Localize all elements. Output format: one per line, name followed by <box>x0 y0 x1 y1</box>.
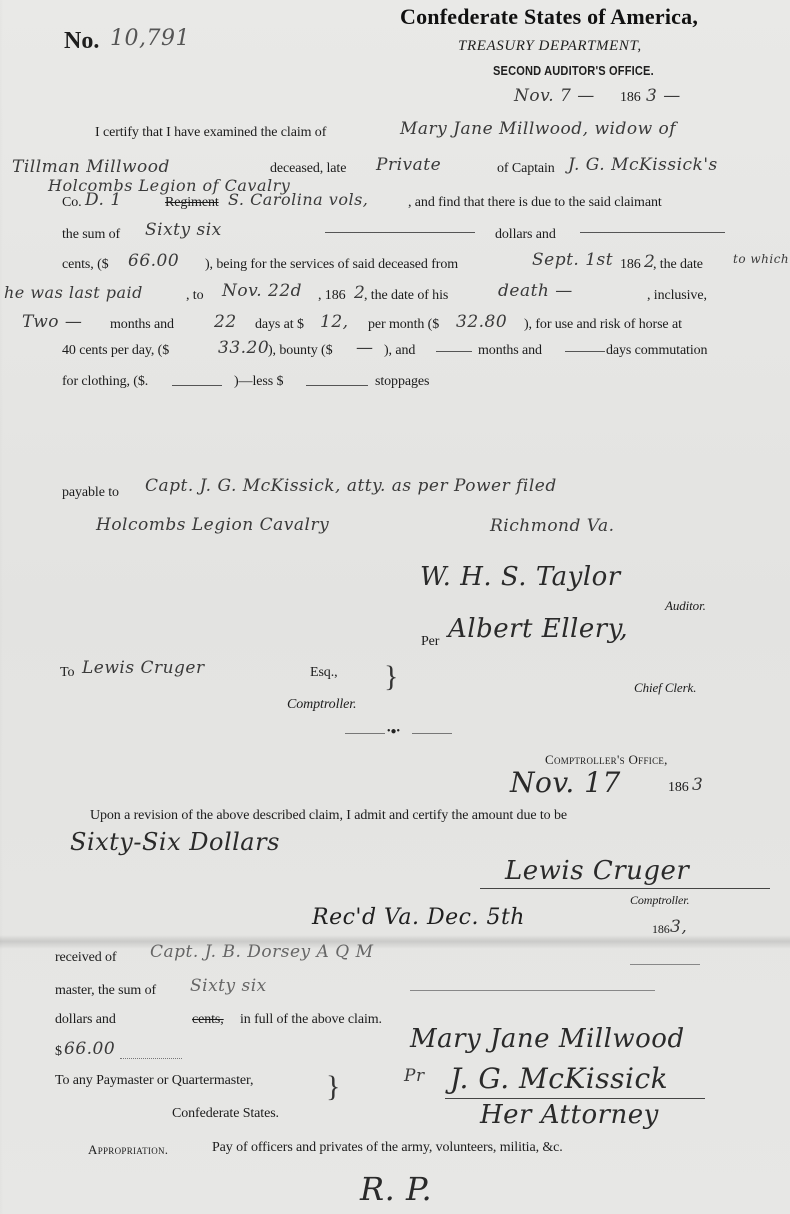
received-blank <box>630 964 700 965</box>
received-year-print: 186 <box>652 922 670 937</box>
rate-hand: 12, <box>320 312 349 332</box>
sum-of-text: the sum of <box>62 227 120 243</box>
received-year-hand: 3, <box>670 917 687 937</box>
of-captain-text: of Captain <box>497 161 555 177</box>
comptroller-signature: Lewis Cruger <box>505 856 689 886</box>
receipt-amount: 66.00 <box>64 1039 115 1059</box>
appropriation-label: Appropriation. <box>88 1142 168 1158</box>
payable-to-label: payable to <box>62 485 119 501</box>
days-hand: 22 <box>214 312 237 332</box>
department-title: TREASURY DEPARTMENT, <box>458 38 642 55</box>
per-label: Per <box>421 634 439 650</box>
receipt-sum-words: Sixty six <box>190 976 267 996</box>
ornament-dots-icon: •●• <box>387 726 400 737</box>
stoppages-text: stoppages <box>375 374 429 390</box>
comptroller-year-print: 186 <box>668 780 689 796</box>
master-sum-text: master, the sum of <box>55 983 156 999</box>
claimant-name: Mary Jane Millwood, widow of <box>400 119 676 139</box>
comptroller-year-hand: 3 <box>692 775 703 795</box>
ornament-rule-left <box>345 733 385 734</box>
services-text: ), being for the services of said deceas… <box>205 257 458 273</box>
office-title: SECOND AUDITOR'S OFFICE. <box>493 63 654 78</box>
days-at-text: days at $ <box>255 317 304 333</box>
in-full-text: in full of the above claim. <box>240 1012 382 1028</box>
auditor-label: Auditor. <box>665 598 706 614</box>
received-from: Capt. J. B. Dorsey A Q M <box>150 942 373 962</box>
claimant-signature: Mary Jane Millwood <box>410 1024 685 1054</box>
by-label: Pr <box>404 1066 425 1086</box>
claim-number-label: No. <box>64 28 99 55</box>
deceased-name: Tillman Millwood <box>12 157 170 177</box>
claim-number-value: 10,791 <box>110 26 190 51</box>
chief-clerk-label: Chief Clerk. <box>634 680 696 696</box>
months-blank <box>436 351 472 352</box>
dollars-and-text: dollars and <box>495 227 556 243</box>
received-date: Rec'd Va. Dec. 5th <box>312 905 525 930</box>
date-of-his-text: , the date of his <box>364 288 448 304</box>
to-label: To <box>60 665 74 681</box>
clothing-text: for clothing, ($. <box>62 374 148 390</box>
receipt-amount-dotted-line <box>120 1058 182 1059</box>
regiment-label-struck: Regiment <box>165 195 219 211</box>
cents-text: cents, ($ <box>62 257 109 273</box>
revision-text: Upon a revision of the above described c… <box>90 808 567 824</box>
days-commutation-text: days commutation <box>606 343 707 359</box>
stoppages-blank <box>306 385 368 386</box>
deceased-late-text: deceased, late <box>270 161 346 177</box>
amount-due: 66.00 <box>128 251 179 271</box>
brace-icon: } <box>326 1070 340 1104</box>
clerk-signature: Albert Ellery, <box>448 614 628 644</box>
brace-icon: } <box>384 660 398 694</box>
captain-name: J. G. McKissick's <box>568 155 718 175</box>
bounty-hand: — <box>356 338 374 358</box>
comptroller-date: Nov. 17 <box>510 766 621 799</box>
attorney-signature: J. G. McKissick <box>450 1062 668 1095</box>
date-text: , the date <box>653 257 703 273</box>
receipt-cents-struck: cents, <box>192 1012 224 1028</box>
last-paid-hand: he was last paid <box>4 283 143 302</box>
comptroller-label: Comptroller. <box>287 697 356 713</box>
paymaster-line2: Confederate States. <box>172 1106 279 1122</box>
payable-location: Richmond Va. <box>490 516 615 536</box>
comptroller-name: Lewis Cruger <box>82 658 205 678</box>
paper-fold-crease <box>0 935 790 949</box>
signature-underline <box>480 888 770 889</box>
days-blank <box>565 351 605 352</box>
bounty-text: ), bounty ($ <box>268 343 333 359</box>
to-year-print: , 186 <box>318 288 346 304</box>
from-date: Sept. 1st <box>532 250 613 270</box>
to-date: Nov. 22d <box>222 281 302 301</box>
attorney-label: Her Attorney <box>480 1100 659 1130</box>
regiment-hand: S. Carolina vols, <box>228 190 368 209</box>
attorney-underline <box>445 1098 705 1099</box>
receipt-amount-label: $ <box>55 1044 62 1060</box>
horse-amount: 33.20 <box>218 338 269 358</box>
sum-words: Sixty six <box>145 220 222 240</box>
company: D. 1 <box>85 190 122 210</box>
co-label: Co. <box>62 195 82 211</box>
header-year-print: 186 <box>620 90 641 106</box>
initials: R. P. <box>360 1170 432 1208</box>
and-text: ), and <box>384 343 415 359</box>
find-due-text: , and find that there is due to the said… <box>408 195 662 211</box>
header-date: Nov. 7 — <box>514 86 595 106</box>
payable-to-line2: Holcombs Legion Cavalry <box>96 515 329 535</box>
pay-amount: 32.80 <box>456 312 507 332</box>
ornament-rule-right <box>412 733 452 734</box>
to-text: , to <box>186 288 204 304</box>
from-year-print: 186 <box>620 257 641 273</box>
amount-words: Sixty-Six Dollars <box>70 828 280 856</box>
cents-blank-line <box>580 232 725 233</box>
months-hand: Two — <box>22 312 82 332</box>
event-hand: death — <box>498 281 573 301</box>
government-title: Confederate States of America, <box>400 4 698 30</box>
horse-text: ), for use and risk of horse at <box>524 317 682 333</box>
received-of-text: received of <box>55 950 116 966</box>
paymaster-line1: To any Paymaster or Quartermaster, <box>55 1073 253 1089</box>
certify-text: I certify that I have examined the claim… <box>95 125 326 141</box>
forty-cents-text: 40 cents per day, ($ <box>62 343 169 359</box>
receipt-dollars-and: dollars and <box>55 1012 116 1028</box>
receipt-sum-blank <box>410 990 655 991</box>
rank: Private <box>376 155 441 175</box>
comptroller-signature-label: Comptroller. <box>630 893 689 908</box>
to-which-hand: to which <box>733 252 789 266</box>
header-year-hand: 3 — <box>646 86 681 106</box>
esq-label: Esq., <box>310 665 338 681</box>
sum-blank-line <box>325 232 475 233</box>
per-month-text: per month ($ <box>368 317 439 333</box>
inclusive-text: , inclusive, <box>647 288 707 304</box>
clothing-blank <box>172 385 222 386</box>
less-text: )—less $ <box>234 374 283 390</box>
auditor-signature: W. H. S. Taylor <box>420 562 621 592</box>
months-and-text: months and <box>110 317 174 333</box>
months-and2-text: months and <box>478 343 542 359</box>
payable-to-line1: Capt. J. G. McKissick, atty. as per Powe… <box>145 476 557 496</box>
appropriation-text: Pay of officers and privates of the army… <box>212 1140 563 1156</box>
